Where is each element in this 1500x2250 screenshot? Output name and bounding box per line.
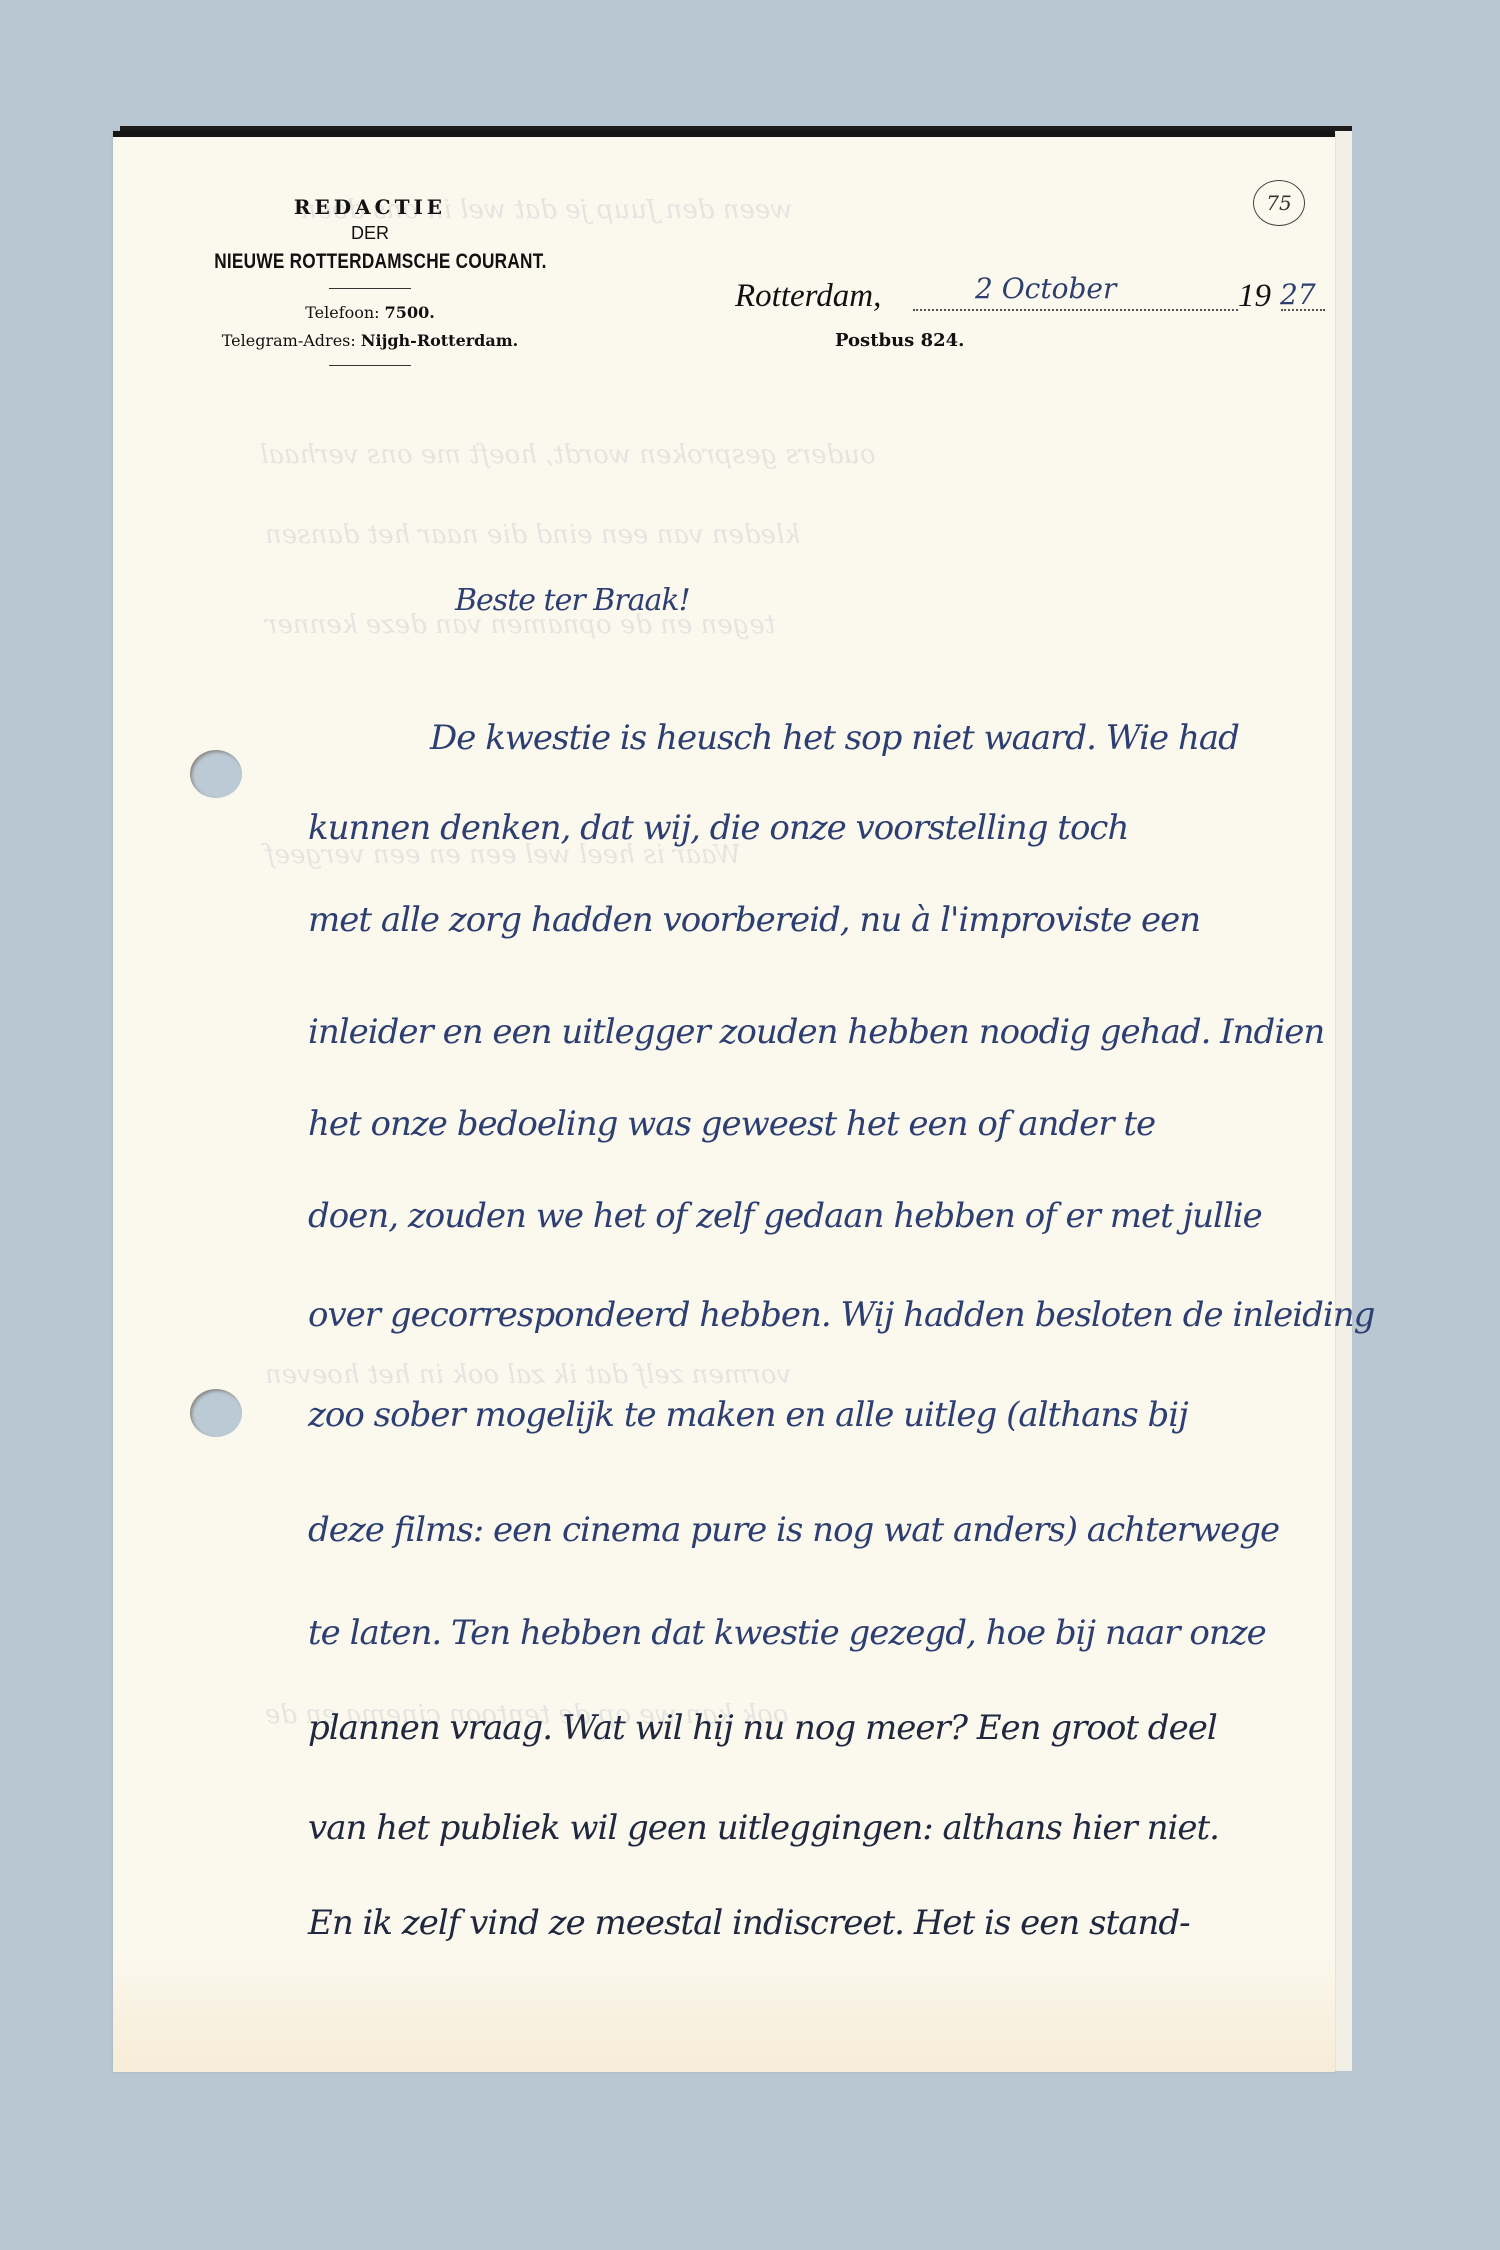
letter-line: het onze bedoeling was geweest het een o… <box>308 1104 1155 1144</box>
handwritten-date: 2 October <box>975 272 1116 305</box>
letter-line: te laten. Ten hebben dat kwestie gezegd,… <box>308 1613 1266 1653</box>
bleed-through-text: vormen zelf dat ik zal ook in het hoeven <box>265 1360 791 1390</box>
date-dotted-line <box>913 309 1238 311</box>
letter-line: van het publiek wil geen uitleggingen: a… <box>308 1808 1219 1848</box>
letter-line: plannen vraag. Wat wil hij nu nog meer? … <box>308 1708 1217 1748</box>
letter-line: De kwestie is heusch het sop niet waard.… <box>430 718 1239 758</box>
letter-line: deze films: een cinema pure is nog wat a… <box>308 1510 1279 1550</box>
bleed-through-text: ouders gesproken wordt, hoeft me ons ver… <box>260 440 876 470</box>
folio-number: 75 <box>1253 180 1305 226</box>
divider <box>329 288 411 289</box>
year-dotted-line <box>1281 309 1325 311</box>
dateline: Rotterdam, 2 October 19 27 <box>735 278 1325 318</box>
divider <box>329 365 411 366</box>
letter-line: met alle zorg hadden voorbereid, nu à l'… <box>308 900 1200 940</box>
year-printed: 19 <box>1238 278 1271 315</box>
letterhead-title: REDACTIE <box>180 195 560 219</box>
telegram-line: Telegram-Adres: Nijgh-Rotterdam. <box>180 327 560 355</box>
letter-line: zoo sober mogelijk te maken en alle uitl… <box>308 1395 1188 1435</box>
telegram-address: Nijgh-Rotterdam. <box>361 331 518 350</box>
letter-line: inleider en een uitlegger zouden hebben … <box>308 1012 1324 1052</box>
year-handwritten: 27 <box>1280 278 1316 311</box>
telegram-label: Telegram-Adres: <box>222 331 356 350</box>
telephone-label: Telefoon: <box>305 303 379 322</box>
letter-line: En ik zelf vind ze meestal indiscreet. H… <box>308 1903 1190 1943</box>
letter-line: over gecorrespondeerd hebben. Wij hadden… <box>308 1295 1374 1335</box>
newspaper-name: NIEUWE ROTTERDAMSCHE COURANT. <box>214 250 526 274</box>
letter-paper <box>113 131 1335 2072</box>
salutation: Beste ter Braak! <box>455 583 690 618</box>
telephone-line: Telefoon: 7500. <box>180 299 560 327</box>
letterhead-der: DER <box>180 223 560 244</box>
letter-line: doen, zouden we het of zelf gedaan hebbe… <box>308 1196 1262 1236</box>
punch-hole-bottom <box>190 1389 242 1437</box>
postbus: Postbus 824. <box>835 330 964 351</box>
telephone-number: 7500. <box>385 303 435 322</box>
punch-hole-top <box>190 750 242 798</box>
city: Rotterdam, <box>735 278 881 315</box>
letterhead: REDACTIE DER NIEUWE ROTTERDAMSCHE COURAN… <box>180 195 560 376</box>
letter-line: kunnen denken, dat wij, die onze voorste… <box>308 808 1128 848</box>
bleed-through-text: kleden van een eind die naar het dansen <box>265 520 800 550</box>
